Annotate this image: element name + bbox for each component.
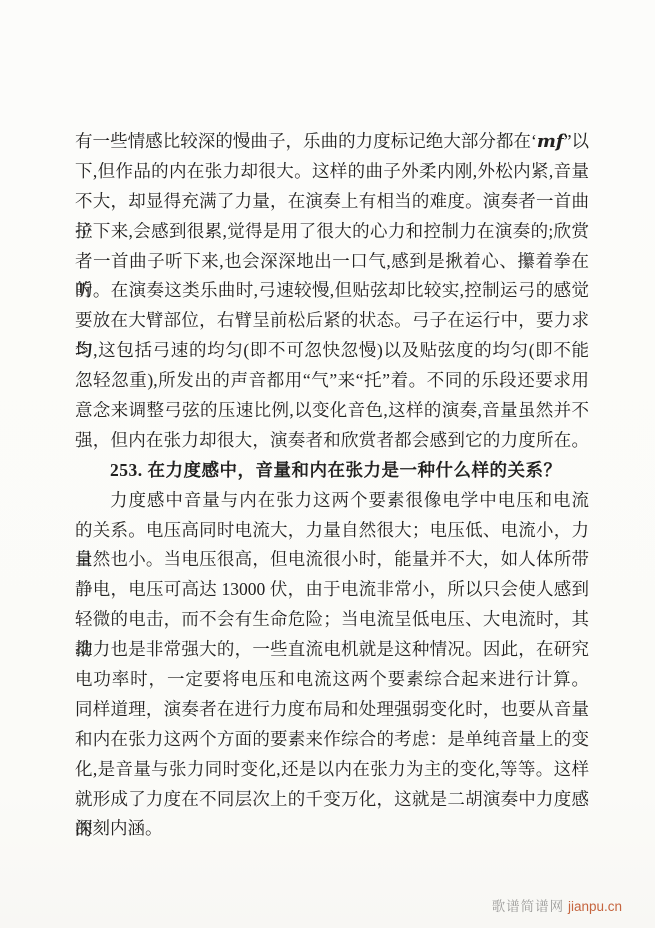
watermark-site-url: jianpu.cn: [568, 899, 622, 914]
text-line: 电功率时，一定要将电压和电流这两个要素综合起来进行计算。: [75, 665, 589, 695]
scanned-page: 有一些情感比较深的慢曲子，乐曲的力度标记绝大部分都在‘mf”以下,但作品的内在张…: [0, 0, 655, 928]
text-segment: 下,但作品的内在张力却很大。这样的曲子外柔内刚,外松内紧,音量: [75, 161, 589, 181]
text-line: 的。在演奏这类乐曲时,弓速较慢,但贴弦却比较实,控制运弓的感觉: [75, 276, 589, 306]
text-segment: 电功率时，一定要将电压和电流这两个要素综合起来进行计算。: [75, 669, 589, 689]
text-line: 意念来调整弓弦的压速比例,以变化音色,这样的演奏,音量虽然并不: [75, 396, 589, 426]
text-line: 和内在张力这两个方面的要素来作综合的考虑：是单纯音量上的变: [75, 725, 589, 755]
text-line: 强，但内在张力却很大，演奏者和欣赏者都会感到它的力度所在。: [75, 426, 589, 456]
dynamic-mark-mf: mf: [537, 131, 564, 152]
text-segment: ”以: [564, 131, 589, 151]
text-line: 深刻内涵。: [75, 814, 589, 844]
text-line: 力度感中音量与内在张力这两个要素很像电学中电压和电流: [75, 486, 589, 516]
text-segment: 力度感中音量与内在张力这两个要素很像电学中电压和电流: [110, 490, 589, 510]
text-segment: 匀,这包括弓速的均匀(即不可忽快忽慢)以及贴弦度的均匀(即不能: [75, 340, 589, 360]
text-line: 的关系。电压高同时电流大，力量自然很大；电压低、电流小，力量: [75, 516, 589, 546]
text-line: 就形成了力度在不同层次上的千变万化，这就是二胡演奏中力度感的: [75, 785, 589, 815]
watermark: 歌谱简谱网 jianpu.cn: [492, 898, 622, 916]
text-line: 者一首曲子听下来,也会深深地出一口气,感到是揪着心、攥着拳在听: [75, 247, 589, 277]
text-line: 下,但作品的内在张力却很大。这样的曲子外柔内刚,外松内紧,音量: [75, 157, 589, 187]
text-line: 同样道理，演奏者在进行力度布局和处理强弱变化时，也要从音量: [75, 695, 589, 725]
text-segment: 253. 在力度感中，音量和内在张力是一种什么样的关系？: [110, 460, 562, 480]
text-line: 有一些情感比较深的慢曲子，乐曲的力度标记绝大部分都在‘mf”以: [75, 127, 589, 157]
text-line: 匀,这包括弓速的均匀(即不可忽快忽慢)以及贴弦度的均匀(即不能: [75, 336, 589, 366]
text-segment: 静电，电压可高达 13000 伏，由于电流非常小，所以只会使人感到: [75, 579, 589, 599]
text-segment: 的。在演奏这类乐曲时,弓速较慢,但贴弦却比较实,控制运弓的感觉: [75, 280, 589, 300]
text-line: 忽轻忽重),所发出的声音都用“气”来“托”着。不同的乐段还要求用: [75, 366, 589, 396]
text-segment: 忽轻忽重),所发出的声音都用“气”来“托”着。不同的乐段还要求用: [75, 370, 589, 390]
text-segment: 动力也是非常强大的，一些直流电机就是这种情况。因此，在研究: [75, 639, 589, 659]
text-segment: 意念来调整弓弦的压速比例,以变化音色,这样的演奏,音量虽然并不: [75, 400, 589, 420]
text-segment: 同样道理，演奏者在进行力度布局和处理强弱变化时，也要从音量: [75, 699, 589, 719]
text-segment: 自然也小。当电压很高，但电流很小时，能量并不大，如人体所带: [75, 549, 589, 569]
text-line: 化,是音量与张力同时变化,还是以内在张力为主的变化,等等。这样: [75, 755, 589, 785]
text-segment: 和内在张力这两个方面的要素来作综合的考虑：是单纯音量上的变: [75, 729, 589, 749]
text-segment: 深刻内涵。: [75, 818, 163, 838]
question-heading: 253. 在力度感中，音量和内在张力是一种什么样的关系？: [75, 456, 589, 486]
text-line: 静电，电压可高达 13000 伏，由于电流非常小，所以只会使人感到: [75, 575, 589, 605]
text-line: 不大，却显得充满了力量，在演奏上有相当的难度。演奏者一首曲子: [75, 187, 589, 217]
text-segment: 强，但内在张力却很大，演奏者和欣赏者都会感到它的力度所在。: [75, 430, 589, 450]
text-segment: 拉下来,会感到很累,觉得是用了很大的心力和控制力在演奏的;欣赏: [75, 221, 589, 241]
text-line: 自然也小。当电压很高，但电流很小时，能量并不大，如人体所带: [75, 545, 589, 575]
text-line: 拉下来,会感到很累,觉得是用了很大的心力和控制力在演奏的;欣赏: [75, 217, 589, 247]
text-line: 动力也是非常强大的，一些直流电机就是这种情况。因此，在研究: [75, 635, 589, 665]
watermark-site-name: 歌谱简谱网: [492, 899, 565, 914]
text-segment: 有一些情感比较深的慢曲子，乐曲的力度标记绝大部分都在‘: [75, 131, 537, 151]
text-segment: 化,是音量与张力同时变化,还是以内在张力为主的变化,等等。这样: [75, 759, 589, 779]
text-line: 轻微的电击，而不会有生命危险；当电流呈低电压、大电流时，其推: [75, 605, 589, 635]
text-line: 要放在大臂部位，右臂呈前松后紧的状态。弓子在运行中，要力求均: [75, 306, 589, 336]
text-block: 有一些情感比较深的慢曲子，乐曲的力度标记绝大部分都在‘mf”以下,但作品的内在张…: [75, 127, 589, 844]
